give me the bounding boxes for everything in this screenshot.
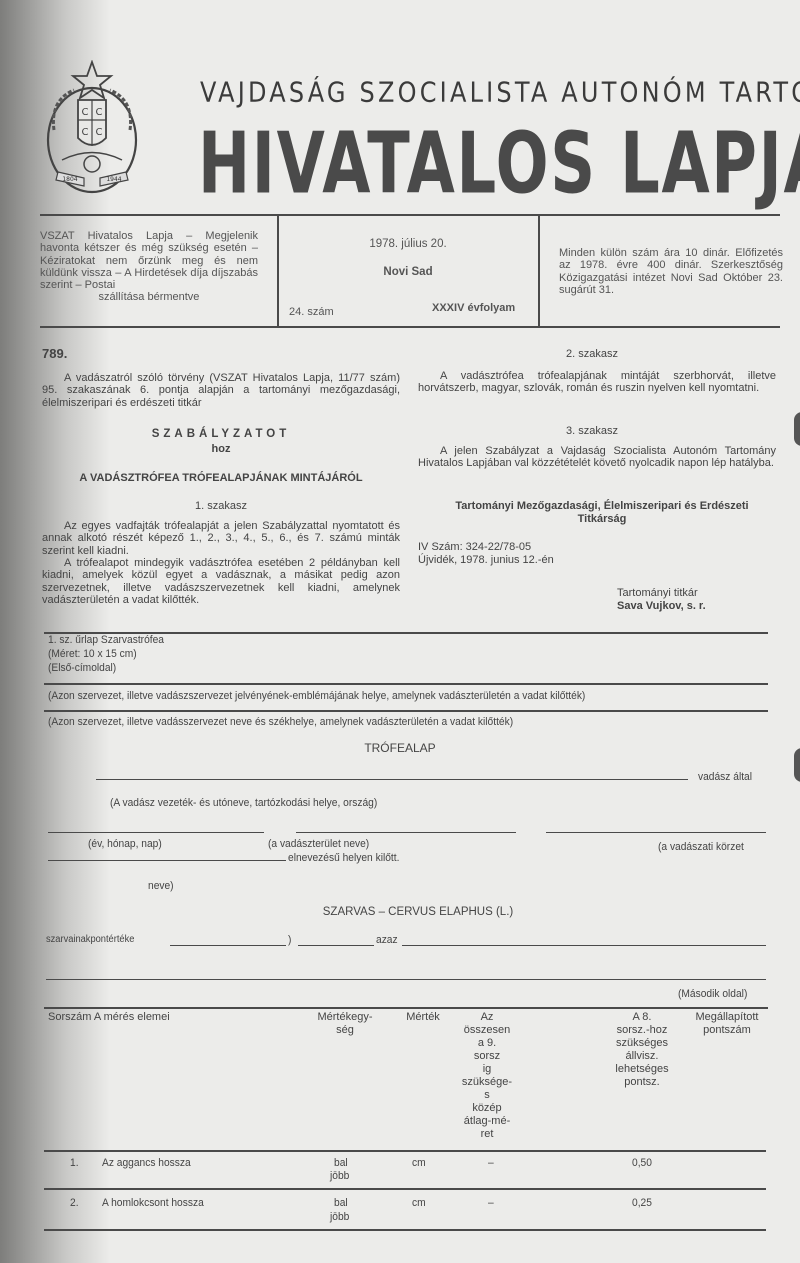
table-header-points: Megállapított pontszám: [682, 1011, 772, 1037]
date-caption: (év, hónap, nap): [88, 838, 162, 850]
th-line: Megállapított: [682, 1011, 772, 1024]
row-side-right: jōbb: [330, 1170, 349, 1182]
th-line: pontszám: [682, 1024, 772, 1037]
row-unit: cm: [412, 1157, 426, 1169]
table-header-sorszam: Sorszám A mérés elemei: [48, 1011, 170, 1024]
org-emblem-caption: (Azon szervezet, illetve vadászszervezet…: [48, 690, 585, 702]
place-name-field[interactable]: [48, 860, 286, 861]
section-2-title: 2. szakasz: [412, 348, 772, 360]
info-box-top-rule: [40, 214, 780, 216]
points-in-words-field-2[interactable]: [46, 979, 766, 980]
table-header-avg: Az összesen a 9. sorsz ig szüksége- s kö…: [452, 1011, 522, 1141]
table-header-factor: A 8. sorsz.-hoz szükséges állvisz. lehet…: [600, 1011, 684, 1089]
points-azaz: azaz: [376, 934, 398, 946]
issue-number: 24. szám: [289, 306, 334, 318]
th-line: összesen: [452, 1024, 522, 1037]
info-box-bottom-rule: [40, 326, 780, 328]
signer-name: Sava Vujkov, s. r.: [617, 600, 706, 612]
regulation-subject: A VADÁSZTRÓFEA TRÓFEALAPJÁNAK MINTÁJÁRÓL: [42, 472, 400, 484]
svg-text:1804: 1804: [62, 176, 77, 183]
masthead-title-text: HIVATALOS LAPJA: [198, 114, 800, 213]
section-3-paragraph: A jelen Szabályzat a Vajdaság Szocialist…: [418, 445, 776, 470]
price-notice: Minden külön szám ára 10 dinár. Előfizet…: [559, 247, 783, 296]
table-header-unit: Mértékegy- ség: [300, 1011, 390, 1037]
th-line: A 8.: [600, 1011, 684, 1024]
masthead-supertitle: VAJDASÁG SZOCIALISTA AUTONÓM TARTOMÁNY: [200, 76, 780, 108]
points-paren: ): [288, 934, 291, 946]
th-line: állvisz.: [600, 1050, 684, 1063]
th-line: lehetséges: [600, 1063, 684, 1076]
table-row-rule: [44, 1188, 766, 1190]
masthead-title: HIVATALOS LAPJA: [198, 114, 788, 202]
species-title: SZARVAS – CERVUS ELAPHUS (L.): [0, 906, 800, 918]
hunter-suffix: vadász által: [698, 771, 752, 783]
row-side-left: bal: [334, 1157, 348, 1169]
points-in-words-field[interactable]: [402, 945, 766, 946]
hunter-name-field[interactable]: [96, 779, 688, 780]
issue-city: Novi Sad: [278, 266, 538, 278]
th-line: a 9.: [452, 1037, 522, 1050]
th-line: ig: [452, 1063, 522, 1076]
section-3-title: 3. szakasz: [412, 425, 772, 437]
row-unit: cm: [412, 1197, 426, 1209]
table-header-unit-line: Mértékegy-: [300, 1011, 390, 1024]
publication-notice: VSZAT Hivatalos Lapja – Megjelenik havon…: [40, 230, 258, 304]
row-element: A homlokcsont hossza: [102, 1197, 204, 1209]
table-bottom-rule: [44, 1229, 766, 1231]
binder-hole: [794, 412, 800, 446]
coat-of-arms-emblem: C C C C 1804 1944: [42, 60, 142, 198]
district-caption-end: neve): [148, 880, 174, 892]
svg-text:C: C: [96, 107, 103, 118]
section-2-paragraph: A vadásztrófea trófealapjának mintáját s…: [418, 370, 776, 395]
section-1-paragraph-2: A trófealapot mindegyik vadásztrófea ese…: [42, 557, 400, 606]
row-avg: –: [488, 1157, 494, 1169]
table-top-rule: [44, 1007, 768, 1009]
points-value-field-2[interactable]: [298, 945, 374, 946]
table-header-rule: [44, 1150, 766, 1152]
table-header-measure: Mérték: [398, 1011, 448, 1024]
hunting-district-field[interactable]: [546, 832, 766, 833]
form-rule: [44, 683, 768, 685]
article-number: 789.: [42, 346, 67, 361]
row-element: Az aggancs hossza: [102, 1157, 191, 1169]
form-title: TRÓFEALAP: [0, 741, 800, 755]
volume-number: XXXIV évfolyam: [432, 302, 515, 314]
row-factor: 0,50: [632, 1157, 652, 1169]
signer-title: Tartományi titkár: [617, 587, 698, 599]
form-side: (Első-címoldal): [48, 662, 116, 674]
place-suffix: elnevezésű helyen kilőtt.: [288, 852, 399, 864]
points-value-field[interactable]: [170, 945, 286, 946]
svg-text:C: C: [82, 127, 89, 138]
regulation-hoz: hoz: [42, 443, 400, 455]
table-header-unit-line: ség: [300, 1024, 390, 1037]
info-box-divider-right: [538, 214, 540, 326]
th-line: átlag-mé-: [452, 1115, 522, 1128]
place-and-date: Újvidék, 1978. junius 12.-én: [418, 554, 554, 566]
issuer-name: Tartományi Mezőgazdasági, Élelmiszeripar…: [412, 500, 792, 512]
svg-text:C: C: [82, 107, 89, 118]
issue-date: 1978. július 20.: [278, 238, 538, 250]
row-side-left: bal: [334, 1197, 348, 1209]
svg-text:1944: 1944: [106, 176, 121, 183]
th-line: szükséges: [600, 1037, 684, 1050]
date-field[interactable]: [48, 832, 264, 833]
row-factor: 0,25: [632, 1197, 652, 1209]
area-caption: (a vadászterület neve): [268, 838, 369, 850]
th-line: szüksége-: [452, 1076, 522, 1089]
publication-notice-last-line: szállítása bérmentve: [40, 291, 258, 303]
svg-text:C: C: [96, 127, 103, 138]
th-line: közép: [452, 1102, 522, 1115]
section-1-paragraph-1: Az egyes vadfajták trófealapját a jelen …: [42, 520, 400, 557]
org-name-field-line: [44, 710, 768, 712]
section-1-title: 1. szakasz: [42, 500, 400, 512]
binder-hole: [794, 748, 800, 782]
points-label: szarvainakpontértéke: [46, 934, 134, 945]
th-line: s: [452, 1089, 522, 1102]
second-side-label: (Második oldal): [678, 988, 747, 1000]
form-label: 1. sz. űrlap Szarvastrófea: [48, 634, 164, 646]
th-line: ret: [452, 1128, 522, 1141]
th-line: sorsz.-hoz: [600, 1024, 684, 1037]
hunting-area-field[interactable]: [296, 832, 516, 833]
reference-number: IV Szám: 324-22/78-05: [418, 541, 531, 553]
district-caption: (a vadászati körzet: [658, 841, 744, 853]
publication-notice-text: VSZAT Hivatalos Lapja – Megjelenik havon…: [40, 230, 258, 291]
row-side-right: jōbb: [330, 1211, 349, 1223]
th-line: sorsz: [452, 1050, 522, 1063]
hunter-caption: (A vadász vezeték- és utóneve, tartózkod…: [110, 797, 377, 809]
issuer-name-line2: Titkárság: [412, 513, 792, 525]
th-line: pontsz.: [600, 1076, 684, 1089]
org-name-caption: (Azon szervezet, illetve vadásszervezet …: [48, 716, 513, 728]
row-number: 2.: [70, 1197, 79, 1209]
row-avg: –: [488, 1197, 494, 1209]
regulation-heading: SZABÁLYZATOT: [42, 428, 400, 440]
row-number: 1.: [70, 1157, 79, 1169]
th-line: Az: [452, 1011, 522, 1024]
form-size: (Méret: 10 x 15 cm): [48, 648, 137, 660]
article-intro: A vadászatról szóló törvény (VSZAT Hivat…: [42, 372, 400, 409]
